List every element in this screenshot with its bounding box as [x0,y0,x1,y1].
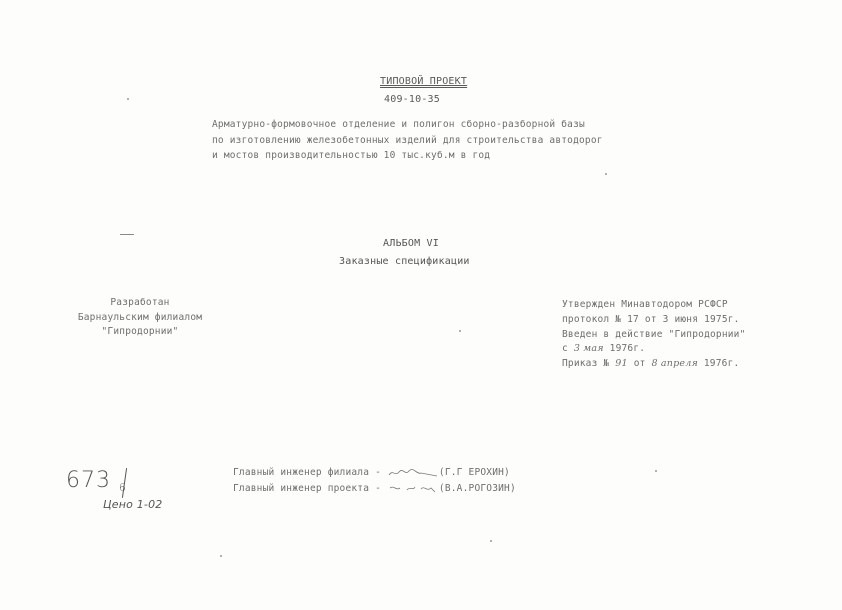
approval-line: протокол № 17 от 3 июня 1975г. [562,313,746,328]
project-description: Арматурно-формовочное отделение и полиго… [212,117,603,164]
signatory-name: (Г.Г ЕРОХИН) [439,467,510,478]
scan-speck [459,330,461,332]
stray-mark [120,234,134,235]
number-main: 673 [66,468,111,493]
album-subtitle: Заказные спецификации [339,256,470,267]
handwritten-date: 8 апреля [651,358,698,369]
album-title: АЛЬБОМ VI [383,238,439,249]
scan-speck [655,470,657,472]
signature-line: Главный инженер проекта - (В.А.РОГОЗИН) [233,481,516,497]
scan-speck [127,98,129,100]
handwritten-order-number: 91 [615,358,628,369]
handwritten-number: 6736 [66,468,127,493]
approval-line: с 3 мая 1976г. [562,342,746,357]
signature-role: Главный инженер проекта - [233,483,387,494]
signature-line: Главный инженер филиала - (Г.Г ЕРОХИН) [233,465,516,481]
signature-role: Главный инженер филиала - [233,467,387,478]
approval-block: Утвержден Минавтодором РСФСР протокол № … [562,298,746,372]
signature-scribble-icon [387,482,439,494]
developer-line: Барнаульским филиалом [50,311,230,326]
handwritten-price: Цено 1-02 [103,498,163,511]
approval-line: Введен в действие "Гипродорнии" [562,328,746,343]
typed-text: с [562,343,574,354]
developer-line: "Гипродорнии" [50,325,230,340]
signature-scribble-icon [387,467,439,479]
typed-text: Приказ № [562,358,615,369]
approval-line: Приказ № 91 от 8 апреля 1976г. [562,357,746,372]
typed-text: от [628,358,652,369]
typed-text: 1976г. [698,358,739,369]
scan-speck [490,540,492,542]
document-type-title: ТИПОВОЙ ПРОЕКТ [380,76,467,87]
description-line: и мостов производительностью 10 тыс.куб.… [212,148,603,164]
scan-speck [605,173,607,175]
description-line: по изготовлению железобетонных изделий д… [212,133,603,149]
approval-line: Утвержден Минавтодором РСФСР [562,298,746,313]
developer-line: Разработан [50,296,230,311]
typed-text: 1976г. [604,343,645,354]
signatory-name: (В.А.РОГОЗИН) [439,483,516,494]
developer-block: Разработан Барнаульским филиалом "Гипрод… [50,296,230,340]
scan-speck [220,555,222,557]
description-line: Арматурно-формовочное отделение и полиго… [212,117,603,133]
handwritten-date: 3 мая [574,343,604,354]
signatures-block: Главный инженер филиала - (Г.Г ЕРОХИН) Г… [233,465,516,496]
project-code: 409-10-35 [384,94,440,105]
